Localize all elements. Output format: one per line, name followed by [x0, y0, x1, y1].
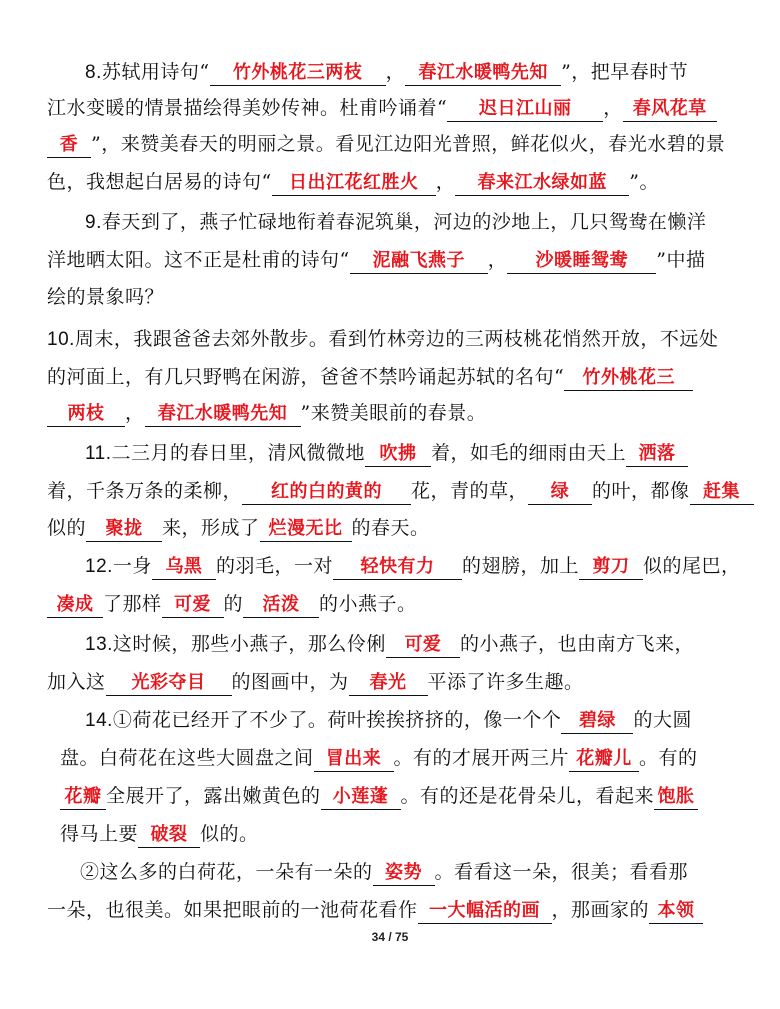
question-number: 11. — [85, 443, 112, 464]
answer-blank: 小莲蓬 — [321, 785, 401, 810]
question-text: 。有的 — [639, 747, 698, 769]
question-text: 盘。白荷花在这些大圆盘之间 — [60, 747, 314, 769]
answer-blank: 赶集 — [690, 480, 754, 505]
question-9-line-1: 9.春天到了，燕子忙碌地衔着春泥筑巢，河边的沙地上，几只鸳鸯在懒洋 — [85, 210, 706, 235]
answer-blank: 聚拢 — [86, 517, 162, 542]
answer-blank: 烂漫无比 — [260, 517, 352, 542]
question-8-line-3: 香”，来赞美春天的明丽之景。看见江边阳光普照，鲜花似火，春光水碧的景 — [47, 132, 725, 158]
answer-blank: 可爱 — [386, 633, 460, 658]
question-text: ”。 — [629, 171, 659, 193]
answer-blank: 吹拂 — [365, 442, 431, 467]
question-text: 这时候，那些小燕子，那么伶俐 — [113, 633, 386, 655]
answer-blank: 破裂 — [138, 823, 200, 848]
question-11-line-1: 11.二三月的春日里，清风微微地吹拂着，如毛的细雨由天上洒落 — [85, 441, 688, 467]
answer-blank: 一大幅活的画 — [418, 899, 552, 924]
question-text: 得马上要 — [60, 823, 138, 845]
question-12-line-2: 凑成了那样可爱的活泼的小燕子。 — [47, 592, 417, 618]
question-text: 二三月的春日里，清风微微地 — [112, 442, 366, 464]
question-8-line-4: 色，我想起白居易的诗句“日出江花红胜火，春来江水绿如蓝”。 — [47, 170, 659, 196]
answer-blank: 碧绿 — [561, 709, 633, 734]
question-14-line-6: 一朵，也很美。如果把眼前的一池荷花看作一大幅活的画，那画家的本领 — [47, 898, 703, 924]
question-text: ， — [488, 249, 508, 271]
answer-blank: 春江水暖鸭先知 — [145, 402, 301, 427]
question-14-line-1: 14.①荷花已经开了不少了。荷叶挨挨挤挤的，像一个个碧绿的大圆 — [85, 708, 692, 734]
answer-blank: 光彩夺目 — [106, 671, 232, 696]
question-number: 13. — [85, 634, 113, 655]
answer-blank: 绿 — [528, 480, 592, 505]
question-text: 的小燕子，也由南方飞来， — [460, 633, 694, 655]
question-9-line-3: 绘的景象吗？ — [47, 285, 164, 309]
answer-blank: 可爱 — [162, 593, 224, 618]
question-14-line-3: 花瓣全展开了，露出嫩黄色的小莲蓬。有的还是花骨朵儿，看起来饱胀 — [60, 784, 698, 810]
question-text: 色，我想起白居易的诗句“ — [47, 171, 272, 193]
question-13-line-1: 13.这时候，那些小燕子，那么伶俐可爱的小燕子，也由南方飞来， — [85, 632, 694, 658]
answer-blank: 春来江水绿如蓝 — [455, 171, 629, 196]
answer-blank: 乌黑 — [152, 555, 216, 580]
question-text: 加入这 — [47, 671, 106, 693]
question-text: 来，形成了 — [162, 517, 260, 539]
question-text: ， — [386, 61, 406, 83]
question-11-line-2: 着，千条万条的柔柳，红的白的黄的花，青的草，绿的叶，都像赶集 — [47, 479, 754, 505]
answer-blank: 冒出来 — [314, 747, 394, 772]
answer-blank: 日出江花红胜火 — [272, 171, 436, 196]
answer-blank: 竹外桃花三两枝 — [210, 61, 386, 86]
question-9-line-2: 洋地晒太阳。这不正是杜甫的诗句“泥融飞燕子，沙暖睡鸳鸯”中描 — [47, 248, 705, 274]
question-text: 一身 — [113, 555, 152, 577]
answer-blank: 饱胀 — [654, 785, 698, 810]
answer-blank: 花瓣 — [60, 785, 106, 810]
question-text: 了那样 — [103, 593, 162, 615]
question-14-line-4: 得马上要破裂似的。 — [60, 822, 259, 848]
answer-blank: 春风花草 — [623, 97, 717, 122]
question-text: 的大圆 — [633, 709, 692, 731]
question-text: ， — [436, 171, 456, 193]
question-10-line-1: 10.周末，我跟爸爸去郊外散步。看到竹林旁边的三两枝桃花悄然开放，不远处 — [47, 327, 718, 352]
question-text: 着，如毛的细雨由天上 — [431, 442, 626, 464]
answer-blank: 竹外桃花三 — [564, 366, 693, 391]
question-text: 。有的还是花骨朵儿，看起来 — [401, 785, 655, 807]
question-text: 的羽毛，一对 — [216, 555, 333, 577]
answer-blank: 两枝 — [47, 402, 125, 427]
answer-blank: 香 — [47, 133, 91, 158]
answer-blank: 红的白的黄的 — [242, 480, 411, 505]
question-text: 的小燕子。 — [319, 593, 417, 615]
question-number: 8. — [85, 62, 102, 83]
question-number: 14. — [85, 710, 113, 731]
answer-blank: 泥融飞燕子 — [350, 249, 488, 274]
answer-blank: 剪刀 — [579, 555, 643, 580]
question-text: ”，把早春时节 — [561, 61, 688, 83]
question-text: ”中描 — [656, 249, 705, 271]
question-text: 似的 — [47, 517, 86, 539]
question-text: 全展开了，露出嫩黄色的 — [106, 785, 321, 807]
question-text: 的春天。 — [352, 517, 430, 539]
question-12-line-1: 12.一身乌黑的羽毛，一对轻快有力的翅膀，加上剪刀似的尾巴， — [85, 554, 740, 580]
answer-blank: 姿势 — [373, 861, 435, 886]
question-text: ， — [603, 97, 623, 119]
question-text: 的河面上，有几只野鸭在闲游，爸爸不禁吟诵起苏轼的名句“ — [47, 366, 564, 388]
question-text: 。有的才展开两三片 — [394, 747, 570, 769]
question-14-line-5: ②这么多的白荷花，一朵有一朵的姿势。看看这一朵，很美；看看那 — [80, 860, 688, 886]
answer-blank: 洒落 — [626, 442, 688, 467]
question-text: ”来赞美眼前的春景。 — [301, 402, 487, 424]
answer-blank: 凑成 — [47, 593, 103, 618]
question-text: 平添了许多生趣。 — [428, 671, 584, 693]
answer-blank: 轻快有力 — [333, 555, 462, 580]
question-8-line-1: 8.苏轼用诗句“竹外桃花三两枝，春江水暖鸭先知”，把早春时节 — [85, 60, 688, 86]
question-text: ②这么多的白荷花，一朵有一朵的 — [80, 861, 373, 883]
question-10-line-2: 的河面上，有几只野鸭在闲游，爸爸不禁吟诵起苏轼的名句“竹外桃花三 — [47, 365, 693, 391]
question-text: ”，来赞美春天的明丽之景。看见江边阳光普照，鲜花似火，春光水碧的景 — [91, 133, 725, 155]
question-text: 苏轼用诗句“ — [102, 61, 210, 83]
question-text: ，那画家的 — [552, 899, 650, 921]
page-number: 34 / 75 — [0, 930, 780, 944]
question-11-line-3: 似的聚拢来，形成了烂漫无比的春天。 — [47, 516, 430, 542]
question-text: 着，千条万条的柔柳， — [47, 480, 242, 502]
question-text: 似的尾巴， — [643, 555, 741, 577]
answer-blank: 沙暖睡鸳鸯 — [507, 249, 656, 274]
question-text: 的 — [224, 593, 244, 615]
answer-blank: 花瓣儿 — [569, 747, 639, 772]
answer-blank: 活泼 — [243, 593, 319, 618]
question-text: ①荷花已经开了不少了。荷叶挨挨挤挤的，像一个个 — [113, 709, 562, 731]
question-text: 的叶，都像 — [592, 480, 690, 502]
question-number: 9. — [85, 212, 102, 233]
question-13-line-2: 加入这光彩夺目的图画中，为春光平添了许多生趣。 — [47, 670, 584, 696]
question-text: 洋地晒太阳。这不正是杜甫的诗句“ — [47, 249, 350, 271]
question-text: 的翅膀，加上 — [462, 555, 579, 577]
question-8-line-2: 江水变暖的情景描绘得美妙传神。杜甫吟诵着“迟日江山丽，春风花草 — [47, 96, 717, 122]
question-text: 似的。 — [200, 823, 259, 845]
answer-blank: 迟日江山丽 — [447, 97, 603, 122]
question-text: 一朵，也很美。如果把眼前的一池荷花看作 — [47, 899, 418, 921]
question-text: 绘的景象吗？ — [47, 286, 164, 308]
question-text: ， — [125, 402, 145, 424]
question-number: 10. — [47, 329, 75, 350]
answer-blank: 本领 — [649, 899, 703, 924]
question-text: 周末，我跟爸爸去郊外散步。看到竹林旁边的三两枝桃花悄然开放，不远处 — [75, 328, 719, 350]
question-10-line-3: 两枝，春江水暖鸭先知”来赞美眼前的春景。 — [47, 401, 486, 427]
question-text: 花，青的草， — [411, 480, 528, 502]
question-text: 。看看这一朵，很美；看看那 — [435, 861, 689, 883]
question-14-line-2: 盘。白荷花在这些大圆盘之间冒出来。有的才展开两三片花瓣儿。有的 — [60, 746, 698, 772]
question-text: 的图画中，为 — [232, 671, 349, 693]
question-text: 江水变暖的情景描绘得美妙传神。杜甫吟诵着“ — [47, 97, 447, 119]
answer-blank: 春光 — [349, 671, 428, 696]
answer-blank: 春江水暖鸭先知 — [405, 61, 561, 86]
question-number: 12. — [85, 556, 113, 577]
question-text: 春天到了，燕子忙碌地衔着春泥筑巢，河边的沙地上，几只鸳鸯在懒洋 — [102, 211, 707, 233]
